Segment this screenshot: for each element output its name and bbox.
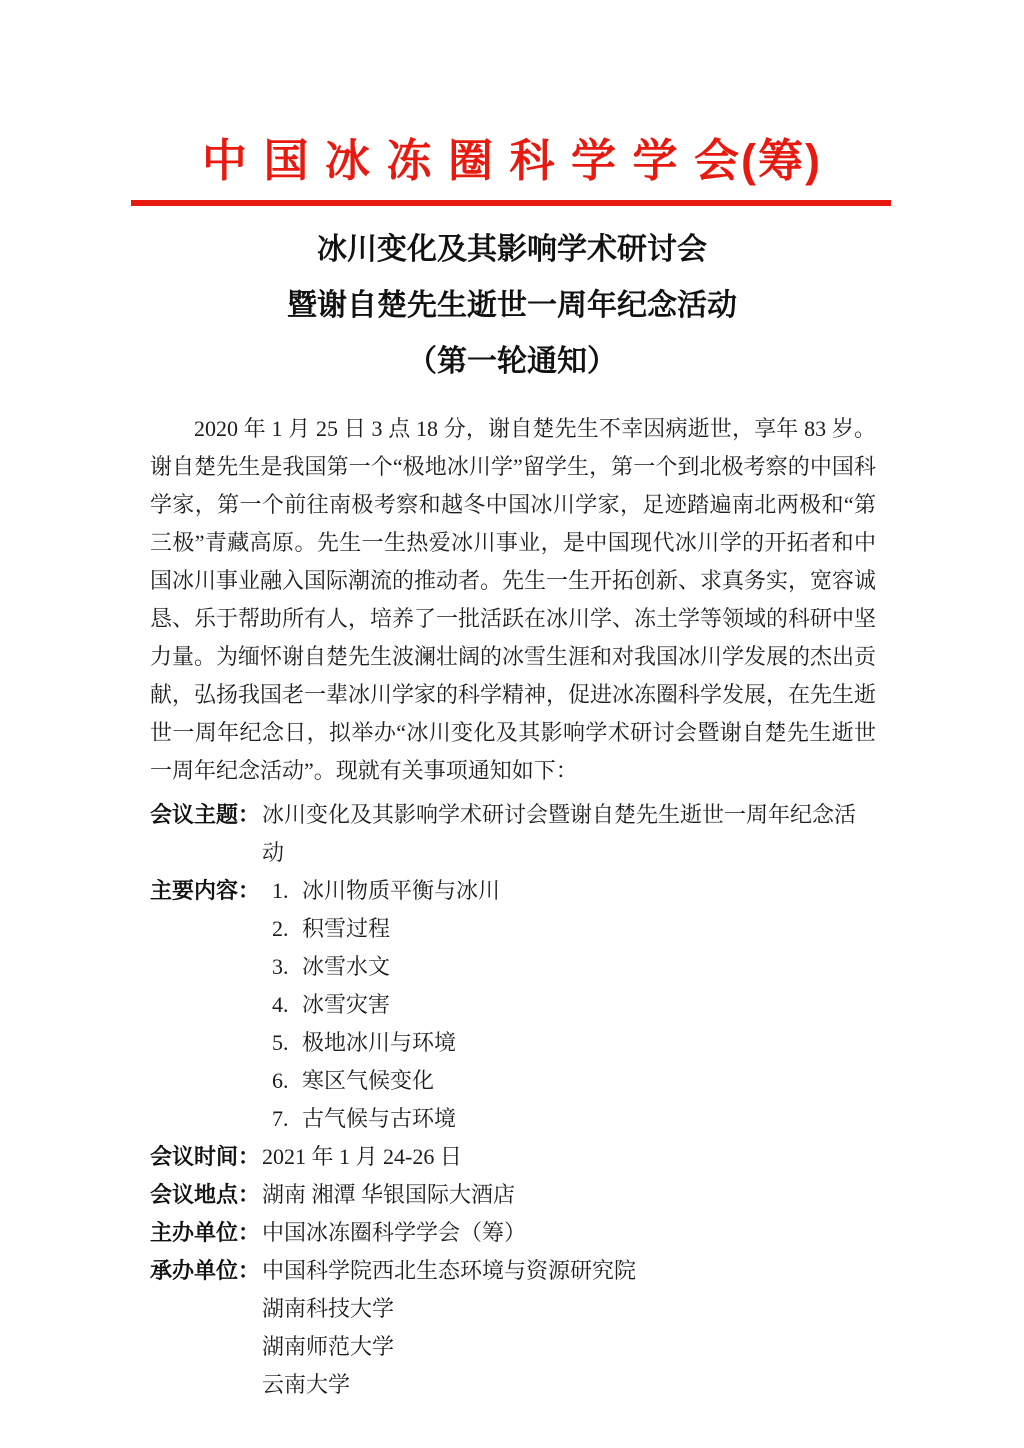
list-item: 4.冰雪灾害 — [262, 986, 876, 1024]
venue-label: 会议地点： — [150, 1176, 262, 1214]
intro-paragraph: 2020 年 1 月 25 日 3 点 18 分，谢自楚先生不幸因病逝世，享年 … — [150, 410, 876, 790]
host-value: 中国冰冻圈科学学会（筹） — [262, 1214, 876, 1252]
list-item-text: 古气候与古环境 — [302, 1106, 456, 1131]
host-label: 主办单位： — [150, 1214, 262, 1252]
theme-label: 会议主题： — [150, 796, 262, 834]
main-content-list: 1.冰川物质平衡与冰川 2.积雪过程 3.冰雪水文 4.冰雪灾害 5.极地冰川与… — [262, 872, 876, 1138]
organization-name: 中 国 冰 冻 圈 科 学 学 会(筹) — [0, 0, 1024, 183]
list-item: 3.冰雪水文 — [262, 948, 876, 986]
organizer-line: 湖南科技大学 — [262, 1290, 876, 1328]
list-item-text: 冰雪水文 — [302, 954, 390, 979]
organizer-line: 云南大学 — [262, 1366, 876, 1404]
info-row-theme: 会议主题： 冰川变化及其影响学术研讨会暨谢自楚先生逝世一周年纪念活动 — [150, 796, 876, 872]
theme-value: 冰川变化及其影响学术研讨会暨谢自楚先生逝世一周年纪念活动 — [262, 796, 876, 872]
list-item-text: 冰川物质平衡与冰川 — [302, 878, 500, 903]
letterhead: 中 国 冰 冻 圈 科 学 学 会(筹) — [0, 0, 1024, 206]
list-item-number: 6. — [272, 1062, 302, 1100]
letterhead-rule — [131, 200, 891, 206]
list-item-text: 积雪过程 — [302, 916, 390, 941]
document-page: 中 国 冰 冻 圈 科 学 学 会(筹) 冰川变化及其影响学术研讨会 暨谢自楚先… — [0, 0, 1024, 1448]
venue-value: 湖南 湘潭 华银国际大酒店 — [262, 1176, 876, 1214]
organizer-line: 湖南师范大学 — [262, 1328, 876, 1366]
organizer-list: 中国科学院西北生态环境与资源研究院 湖南科技大学 湖南师范大学 云南大学 — [262, 1252, 876, 1404]
list-item-text: 寒区气候变化 — [302, 1068, 434, 1093]
list-item-number: 4. — [272, 986, 302, 1024]
info-row-venue: 会议地点： 湖南 湘潭 华银国际大酒店 — [150, 1176, 876, 1214]
info-row-main-content: 主要内容： 1.冰川物质平衡与冰川 2.积雪过程 3.冰雪水文 4.冰雪灾害 5… — [150, 872, 876, 1138]
list-item-number: 3. — [272, 948, 302, 986]
meeting-info: 会议主题： 冰川变化及其影响学术研讨会暨谢自楚先生逝世一周年纪念活动 主要内容：… — [150, 796, 876, 1404]
list-item: 7.古气候与古环境 — [262, 1100, 876, 1138]
time-label: 会议时间： — [150, 1138, 262, 1176]
list-item: 5.极地冰川与环境 — [262, 1024, 876, 1062]
list-item-number: 5. — [272, 1024, 302, 1062]
info-row-host: 主办单位： 中国冰冻圈科学学会（筹） — [150, 1214, 876, 1252]
main-content-label: 主要内容： — [150, 872, 262, 910]
info-row-time: 会议时间： 2021 年 1 月 24-26 日 — [150, 1138, 876, 1176]
list-item: 2.积雪过程 — [262, 910, 876, 948]
list-item-text: 极地冰川与环境 — [302, 1030, 456, 1055]
document-title-block: 冰川变化及其影响学术研讨会 暨谢自楚先生逝世一周年纪念活动 （第一轮通知） — [0, 222, 1024, 390]
info-row-organizer: 承办单位： 中国科学院西北生态环境与资源研究院 湖南科技大学 湖南师范大学 云南… — [150, 1252, 876, 1404]
list-item-number: 1. — [272, 872, 302, 910]
organizer-label: 承办单位： — [150, 1252, 262, 1290]
list-item: 6.寒区气候变化 — [262, 1062, 876, 1100]
title-line-2: 暨谢自楚先生逝世一周年纪念活动 — [0, 278, 1024, 334]
list-item-number: 2. — [272, 910, 302, 948]
title-line-1: 冰川变化及其影响学术研讨会 — [0, 222, 1024, 278]
title-line-3: （第一轮通知） — [0, 334, 1024, 390]
list-item: 1.冰川物质平衡与冰川 — [262, 872, 876, 910]
time-value: 2021 年 1 月 24-26 日 — [262, 1138, 876, 1176]
list-item-number: 7. — [272, 1100, 302, 1138]
list-item-text: 冰雪灾害 — [302, 992, 390, 1017]
organizer-line: 中国科学院西北生态环境与资源研究院 — [262, 1252, 876, 1290]
